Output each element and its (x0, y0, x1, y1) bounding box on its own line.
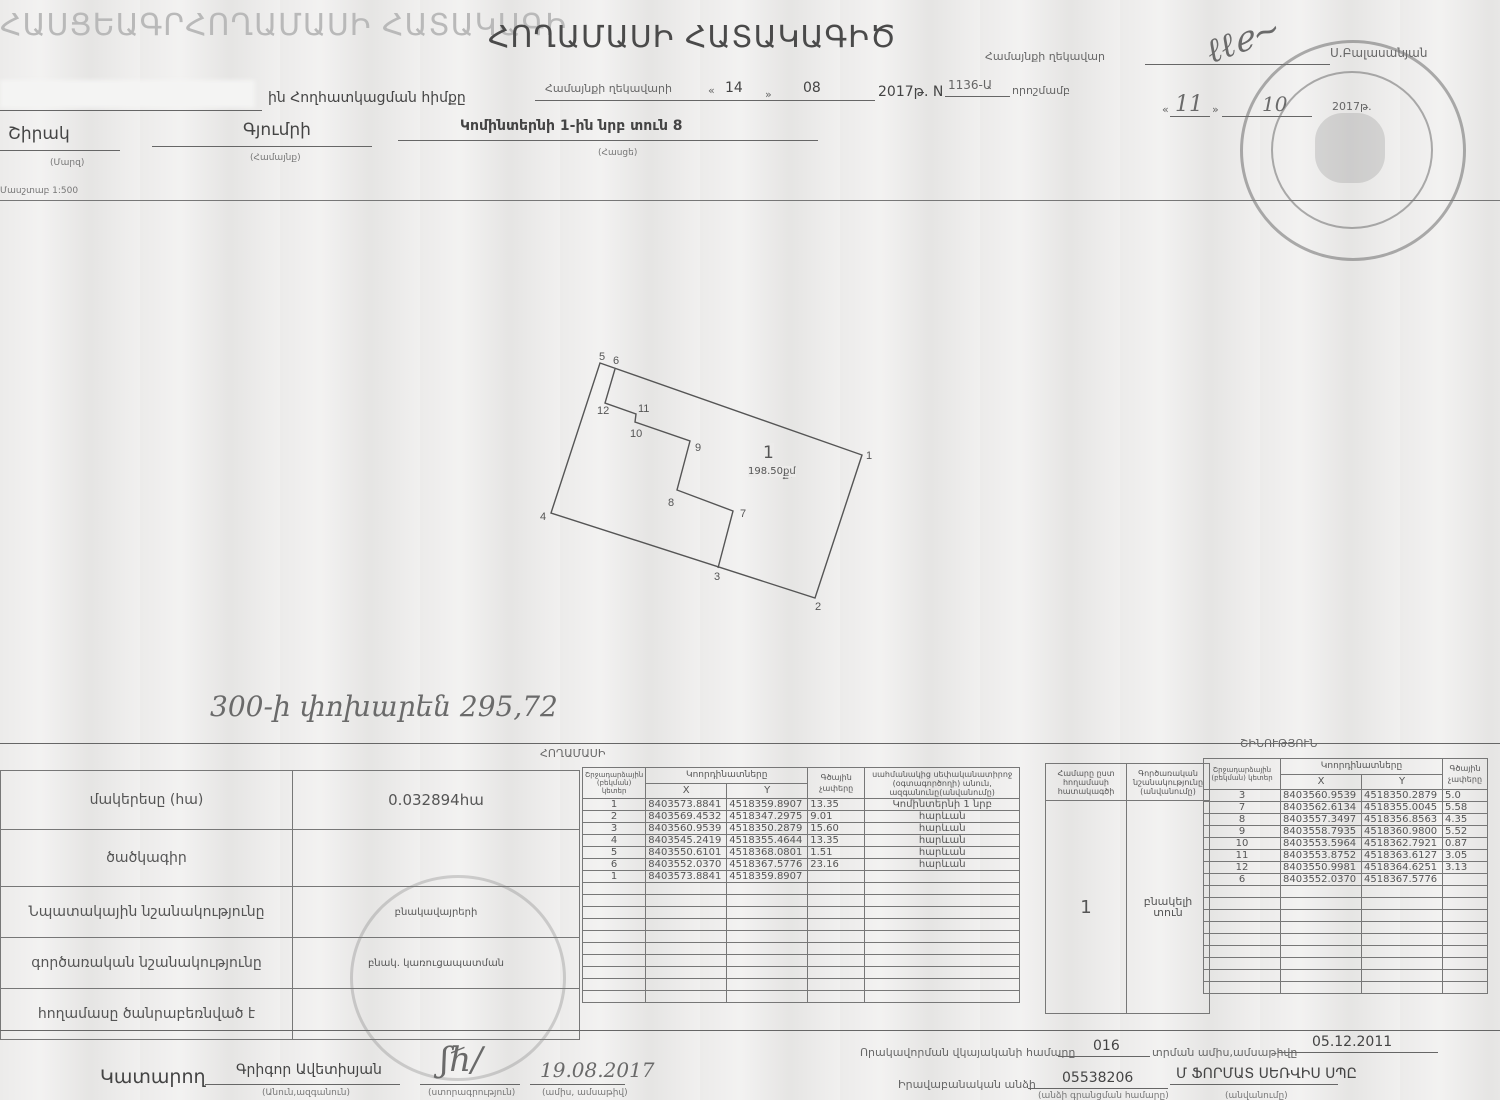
svg-text:11: 11 (638, 403, 649, 415)
table-row: 98403558.79354518360.98005.52 (1204, 826, 1488, 838)
parcel-area-label: 198.50քմ (748, 466, 796, 477)
table-row: 88403557.34974518356.85634.35 (1204, 814, 1488, 826)
signature-caption: (ստորագրություն) (428, 1088, 515, 1098)
building-function: բնակելի տուն (1127, 801, 1210, 1014)
org-name: Մ ՖՈՐՄԱՏ ՍԵՌՎԻՍ ՍՊԸ (1176, 1066, 1357, 1082)
table-row: 108403553.59644518362.79210.87 (1204, 838, 1488, 850)
table-row: 38403560.95394518350.28795.0 (1204, 790, 1488, 802)
land-table-title: ՀՈՂԱՄԱՍԻ (540, 747, 605, 760)
date-caption: (ամիս, ամսաթիվ) (542, 1088, 628, 1098)
executor-label: Կատարող (100, 1066, 206, 1088)
table-row (583, 931, 1020, 943)
table-row: 38403560.95394518350.287915.60հարևան (583, 823, 1020, 835)
table-row: 58403550.61014518368.08011.51հարևան (583, 847, 1020, 859)
svg-text:3: 3 (714, 571, 720, 583)
table-row (1204, 946, 1488, 958)
table-row (583, 991, 1020, 1003)
table-row (583, 883, 1020, 895)
org-registration: 05538206 (1062, 1070, 1133, 1086)
handwritten-note: 300-ի փոխարեն 295,72 (210, 690, 558, 723)
table-row (1204, 958, 1488, 970)
table-row (583, 979, 1020, 991)
building-coordinates-table: Շրջադարձային (բեկման) կետեր Կոորդինատներ… (1203, 758, 1488, 994)
table-row: 118403553.87524518363.61273.05 (1204, 850, 1488, 862)
parcel-plan: 1 2 3 4 5 6 7 8 9 10 11 12 1 198.50քմ (0, 0, 1500, 740)
issue-date: 05.12.2011 (1312, 1034, 1392, 1050)
table-row: 28403569.45324518347.29759.01հարևան (583, 811, 1020, 823)
svg-text:9: 9 (695, 442, 701, 454)
org-name-caption: (անվանումը) (1225, 1091, 1288, 1100)
point-label-1: 1 (866, 450, 872, 462)
table-row (583, 943, 1020, 955)
table-row (1204, 886, 1488, 898)
table-row: 68403552.03704518367.577623.16հարևան (583, 859, 1020, 871)
table-row (1204, 982, 1488, 994)
executor-name: Գրիգոր Ավետիսյան (236, 1062, 382, 1078)
table-row (1204, 934, 1488, 946)
table-row: 78403562.61344518355.00455.58 (1204, 802, 1488, 814)
svg-text:6: 6 (613, 355, 619, 367)
table-row (583, 919, 1020, 931)
svg-text:5: 5 (599, 351, 605, 363)
table-row (583, 895, 1020, 907)
svg-text:2: 2 (815, 601, 821, 613)
svg-text:4: 4 (540, 511, 546, 523)
executor-date: 19.08.2017 (540, 1058, 655, 1082)
land-area-value: 0.032894հա (293, 771, 580, 830)
table-row: 48403545.24194518355.464413.35հարևան (583, 835, 1020, 847)
svg-text:8: 8 (668, 497, 674, 509)
table-row (583, 967, 1020, 979)
org-registration-caption: (անձի գրանցման համարը) (1038, 1091, 1169, 1100)
org-label: Իրավաբանական անձի (898, 1078, 1036, 1091)
issue-label: տրման ամիս,ամսաթիվը (1152, 1046, 1297, 1059)
table-row (1204, 910, 1488, 922)
building-info-table: Համարը ըստ հողամասի հատակագծի Գործառական… (1045, 763, 1210, 1014)
table-row: 18403573.88414518359.8907 (583, 871, 1020, 883)
svg-text:12: 12 (597, 405, 609, 417)
building-table-title: ՇԻՆՈՒԹՅՈՒՆ (1240, 737, 1317, 750)
table-row (583, 907, 1020, 919)
table-row: 68403552.03704518367.5776 (1204, 874, 1488, 886)
executor-caption: (Անուն,ազգանուն) (262, 1088, 350, 1098)
svg-text:7: 7 (740, 508, 746, 520)
table-row (1204, 922, 1488, 934)
table-row: 128403550.99814518364.62513.13 (1204, 862, 1488, 874)
scanned-document: ՀԱՍՑԵԱԳՐՀՈՂԱՄԱՍԻ ՀԱՏԱԿԱԳԻ ՀՈՂԱՄԱՍԻ ՀԱՏԱԿ… (0, 0, 1500, 1100)
svg-text:10: 10 (630, 428, 642, 440)
executor-signature: ʃℏ/ (440, 1040, 483, 1080)
building-number: 1 (1046, 801, 1127, 1014)
license-number: 016 (1093, 1038, 1120, 1054)
table-row (1204, 970, 1488, 982)
table-row (583, 955, 1020, 967)
land-coordinates-table: Շրջադարձային (բեկման) կետեր Կոորդինատներ… (582, 767, 1020, 1003)
license-label: Որակավորման վկայականի համարը (860, 1046, 1075, 1059)
table-row: 18403573.88414518359.890713.35Կոմինտերնի… (583, 799, 1020, 811)
table-row (1204, 898, 1488, 910)
parcel-boundary (551, 363, 862, 598)
building-outline (605, 369, 733, 568)
